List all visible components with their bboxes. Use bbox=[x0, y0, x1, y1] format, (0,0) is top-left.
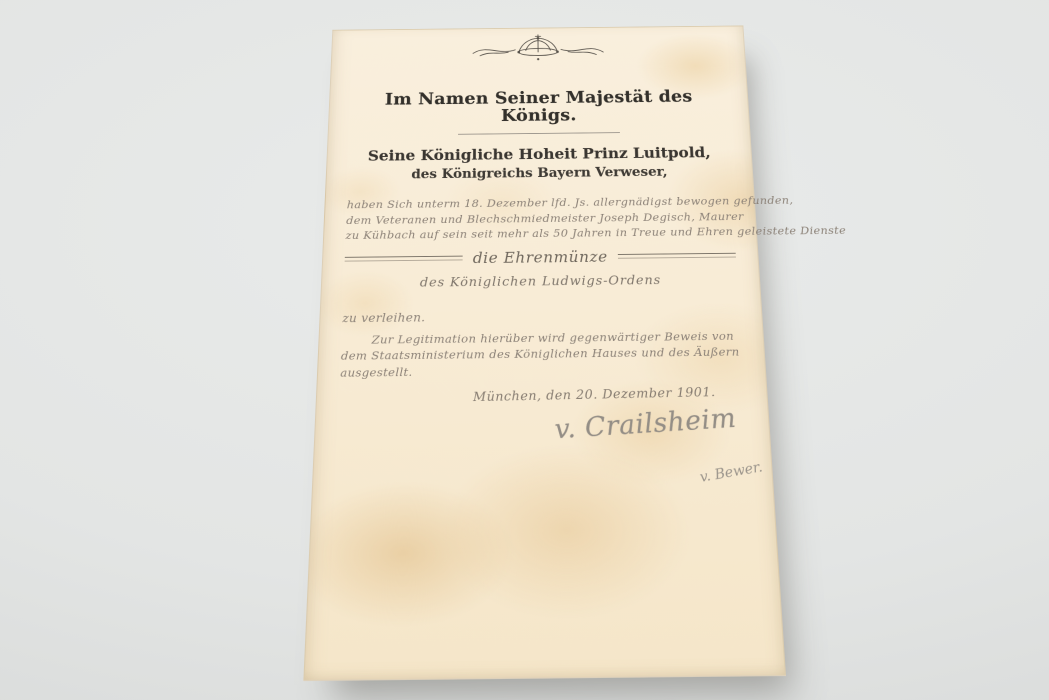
grant-text-line-3: zu Kühbach auf sein seit mehr als 50 Jah… bbox=[345, 224, 735, 243]
crown-icon bbox=[465, 33, 611, 63]
photo-background: Im Namen Seiner Majestät des Königs. Sei… bbox=[0, 0, 1049, 700]
dateline: München, den 20. Dezember 1901. bbox=[339, 384, 716, 407]
document-page: Im Namen Seiner Majestät des Königs. Sei… bbox=[303, 26, 786, 682]
header-divider bbox=[458, 132, 620, 135]
award-rule-right bbox=[617, 253, 735, 259]
crown-ornament bbox=[352, 32, 724, 65]
legitimation-line-3: ausgestellt. bbox=[340, 360, 743, 381]
counter-signature: v. Bewer. bbox=[684, 456, 779, 488]
grant-clause: zu verleihen. bbox=[342, 307, 740, 325]
order-name: des Königlichen Ludwigs-Ordens bbox=[344, 272, 738, 290]
grantor-title-line1: Seine Königliche Hoheit Prinz Luitpold, bbox=[348, 143, 730, 165]
award-name: die Ehrenmünze bbox=[463, 248, 618, 267]
invocation-heading: Im Namen Seiner Majestät des Königs. bbox=[350, 88, 728, 127]
grantor-title-line2: des Königreichs Bayern Verweser, bbox=[348, 163, 732, 183]
award-name-row: die Ehrenmünze bbox=[344, 247, 736, 268]
award-rule-left bbox=[345, 256, 463, 262]
grant-text-paragraph: haben Sich unterm 18. Dezember lfd. Js. … bbox=[345, 193, 735, 243]
legitimation-paragraph: Zur Legitimation hierüber wird gegenwärt… bbox=[340, 327, 743, 380]
minister-signature: v. Crailsheim bbox=[532, 402, 759, 447]
